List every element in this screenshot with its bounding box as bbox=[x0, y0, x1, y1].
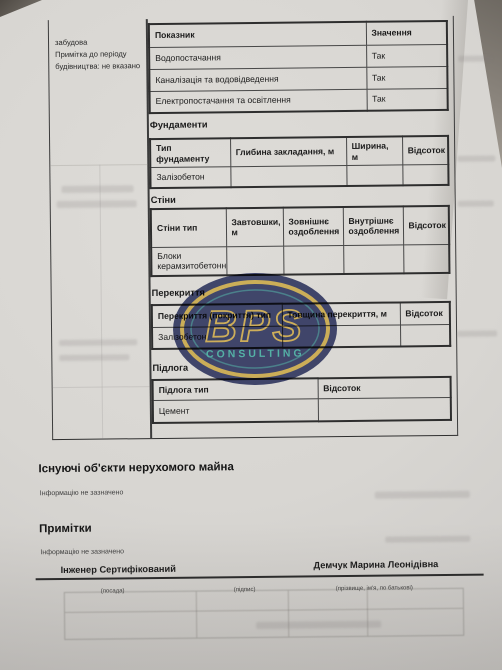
section-title-walls: Стіни bbox=[151, 195, 176, 205]
table-header-row: Тип фундаменту Глибина закладання, м Шир… bbox=[150, 136, 448, 168]
note-line: Примітка до періоду bbox=[55, 48, 145, 61]
table-row: Водопостачання Так bbox=[149, 44, 447, 69]
info-not-specified: Інформацію не зазначено bbox=[40, 489, 124, 497]
bleedthrough-artifact bbox=[385, 536, 470, 543]
cell bbox=[343, 244, 403, 274]
cell: Так bbox=[366, 66, 447, 89]
col-header: Зовнішнє оздоблення bbox=[283, 207, 343, 246]
cell: Так bbox=[366, 44, 447, 67]
bleedthrough-artifact bbox=[458, 200, 494, 206]
info-not-specified: Інформацію не зазначено bbox=[40, 548, 124, 556]
table-header-row: Стіни тип Завтовшки, м Зовнішнє оздоблен… bbox=[151, 206, 449, 247]
cell: Залізобетон bbox=[150, 167, 230, 188]
utilities-table: Показник Значення Водопостачання Так Кан… bbox=[148, 20, 449, 114]
bleedthrough-artifact bbox=[375, 491, 470, 499]
cell: Каналізація та водовідведення bbox=[149, 67, 366, 91]
bps-consulting-watermark: BPS CONSULTING bbox=[169, 268, 340, 390]
signature-position: Інженер Сертифікований bbox=[60, 564, 175, 575]
col-header: Ширина, м bbox=[346, 136, 402, 166]
bleedthrough-artifact bbox=[457, 330, 497, 336]
col-header: Значення bbox=[366, 21, 447, 45]
section-title-foundations: Фундаменти bbox=[150, 119, 208, 130]
table-header-row: Показник Значення bbox=[149, 21, 447, 47]
faint-column-line bbox=[99, 165, 103, 439]
bleedthrough-artifact bbox=[256, 621, 381, 629]
watermark-brand-text: BPS bbox=[205, 301, 305, 351]
signature-full-name: Демчук Марина Леонідівна bbox=[313, 559, 438, 570]
document-content: забудова Примітка до періоду будівництва… bbox=[0, 0, 502, 670]
table-row: Каналізація та водовідведення Так bbox=[149, 66, 447, 91]
heading-notes: Примітки bbox=[39, 523, 92, 536]
left-column-note: забудова Примітка до періоду будівництва… bbox=[55, 36, 145, 72]
col-header: Внутрішнє оздоблення bbox=[343, 206, 403, 245]
heading-existing-objects: Існуючі об'єкти нерухомого майна bbox=[38, 461, 234, 475]
bleedthrough-table-artifact bbox=[64, 588, 464, 640]
bleedthrough-artifact bbox=[458, 55, 492, 61]
table-row: Залізобетон bbox=[150, 165, 448, 188]
cell bbox=[230, 166, 346, 187]
table-row: Електропостачання та освітлення Так bbox=[150, 88, 448, 113]
col-header: Стіни тип bbox=[151, 208, 226, 247]
cell bbox=[318, 397, 451, 421]
cell: Так bbox=[367, 88, 448, 111]
cell: Електропостачання та освітлення bbox=[150, 89, 367, 113]
signature-line bbox=[36, 574, 484, 581]
col-header: Завтовшки, м bbox=[226, 208, 283, 247]
cell bbox=[402, 165, 448, 185]
col-header: Відсоток bbox=[400, 302, 450, 325]
note-line: будівництва: не вказано bbox=[55, 60, 145, 73]
col-header: Тип фундаменту bbox=[150, 138, 230, 168]
cell bbox=[403, 244, 449, 273]
caption-position: (посада) bbox=[101, 588, 125, 594]
scanned-document-photo: забудова Примітка до періоду будівництва… bbox=[0, 0, 502, 670]
col-header: Відсоток bbox=[402, 136, 448, 165]
caption-name: (прізвище, ім'я, по батькові) bbox=[336, 585, 413, 592]
cell: Цемент bbox=[153, 398, 318, 423]
walls-table: Стіни тип Завтовшки, м Зовнішнє оздоблен… bbox=[150, 205, 451, 277]
col-header: Показник bbox=[149, 22, 366, 47]
cell bbox=[400, 324, 450, 347]
cell: Водопостачання bbox=[149, 45, 366, 69]
caption-sign: (підпис) bbox=[234, 587, 256, 593]
watermark-subtitle-text: CONSULTING bbox=[206, 347, 305, 360]
col-header: Глибина закладання, м bbox=[230, 137, 346, 167]
col-header: Відсоток bbox=[403, 206, 449, 244]
bleedthrough-artifact bbox=[457, 155, 495, 161]
foundations-table: Тип фундаменту Глибина закладання, м Шир… bbox=[149, 135, 450, 189]
note-line: забудова bbox=[55, 36, 145, 49]
table-row: Цемент bbox=[153, 397, 451, 423]
cell bbox=[346, 165, 402, 186]
